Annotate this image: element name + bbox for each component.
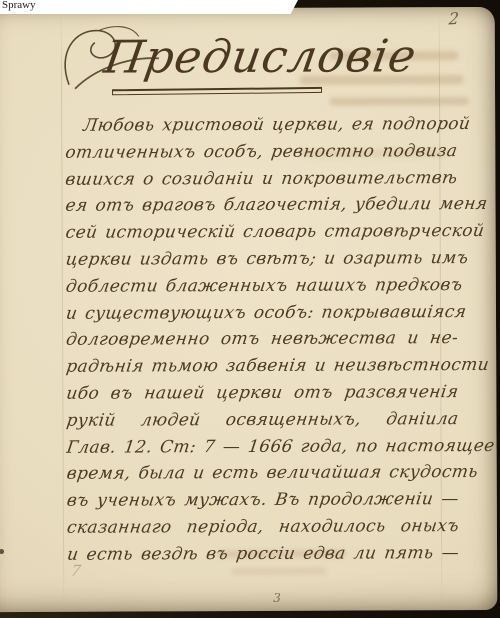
corner-label-text: Sprawy — [0, 0, 298, 11]
manuscript-line: Любовь христовой церкви, ея подпорой — [63, 111, 459, 140]
title-underline — [112, 87, 322, 95]
manuscript-line: сей историческій словарь старовѣрческой — [64, 218, 460, 247]
corner-label[interactable]: Sprawy — [0, 0, 298, 14]
paper-speck — [0, 549, 4, 554]
bottom-folio-mark: 3 — [273, 591, 281, 605]
manuscript-body: Любовь христовой церкви, ея подпорой отл… — [65, 111, 459, 568]
scanned-manuscript-view: 2 Предисловіе Любовь христовой церкви, е… — [0, 0, 500, 618]
manuscript-line: и есть вездѣ въ россіи едва ли пять — — [65, 540, 461, 569]
manuscript-line: время, была и есть величайшая скудость — [65, 459, 461, 488]
manuscript-line: рукій людей освященныхъ, даніила — [65, 406, 461, 435]
manuscript-line: сказаннаго періода, находилось оныхъ — [65, 513, 461, 542]
manuscript-line: и существующихъ особъ: покрывавшіяся — [64, 299, 460, 328]
pencil-mark: 7 — [70, 562, 83, 580]
manuscript-page: 2 Предисловіе Любовь христовой церкви, е… — [0, 7, 497, 612]
manuscript-line: въ ученыхъ мужахъ. Въ продолженіи — — [65, 486, 461, 515]
manuscript-line: ея отъ враговъ благочестія, убедили меня — [64, 191, 460, 220]
ink-bleed-through — [231, 568, 326, 575]
manuscript-line: доблести блаженныхъ нашихъ предковъ — [64, 272, 460, 301]
manuscript-line: церкви издать въ свѣтъ; и озарить имъ — [64, 245, 460, 274]
manuscript-title: Предисловіе — [101, 29, 421, 83]
manuscript-line: отличенныхъ особъ, ревностно подвиза — [63, 138, 459, 167]
page-number: 2 — [448, 9, 459, 29]
manuscript-line: вшихся о созиданіи и покровительствѣ — [64, 165, 460, 194]
manuscript-line: ибо въ нашей церкви отъ разсвяченія — [65, 379, 461, 408]
manuscript-line: радѣнія тьмою забвенія и неизвѣстности — [64, 352, 460, 381]
ink-bleed-through — [329, 97, 469, 106]
manuscript-line: долговременно отъ невѣжества и не- — [64, 325, 460, 354]
manuscript-line: Глав. 12. Ст: 7 — 1666 года, по настояще… — [65, 433, 461, 462]
